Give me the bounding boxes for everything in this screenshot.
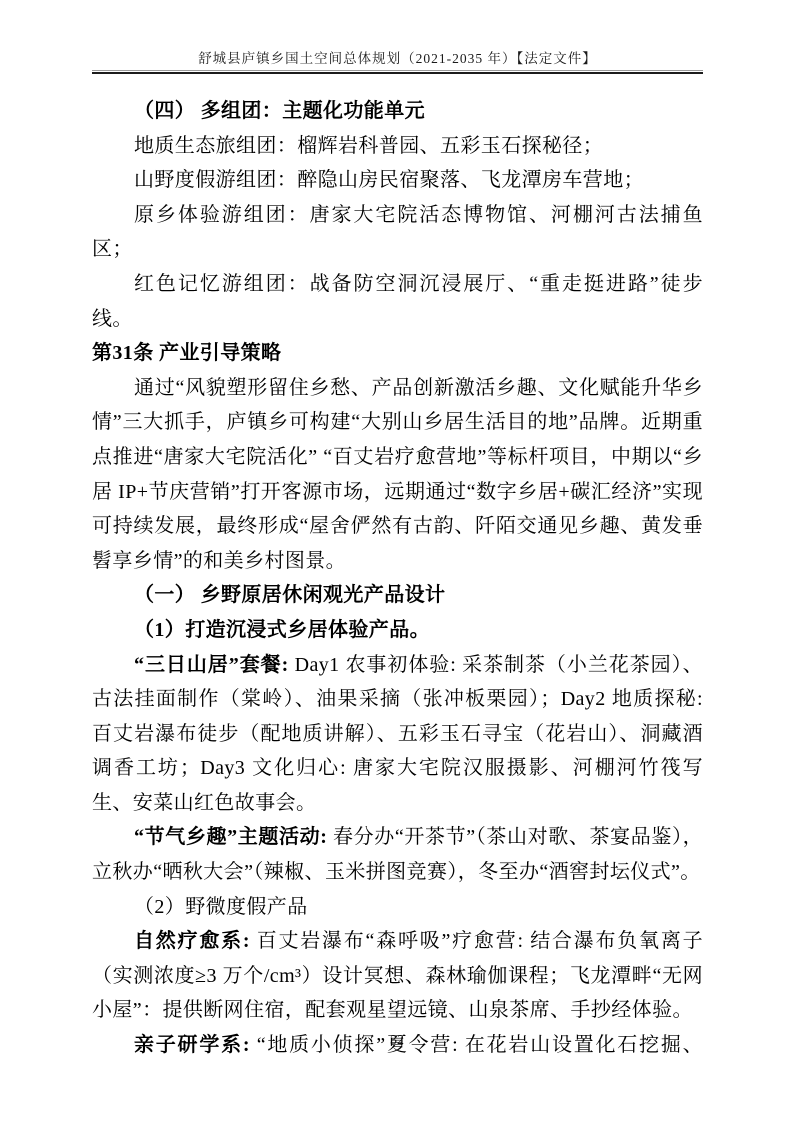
paragraph-three-day-package: “三日山居”套餐: Day1 农事初体验: 采茶制茶（小兰花茶园）、古法挂面制作… (92, 648, 703, 821)
paragraph-hometown-experience-cluster: 原乡体验游组团：唐家大宅院活态博物馆、河棚河古法捕鱼区； (92, 198, 703, 267)
paragraph-lead-three-day: “三日山居”套餐: (134, 654, 295, 676)
paragraph-nature-healing: 自然疗愈系: 百丈岩瀑布“森呼吸”疗愈营: 结合瀑布负氧离子（实测浓度≥3 万个… (92, 924, 703, 1028)
document-page: 舒城县庐镇乡国土空间总体规划（2021-2035 年）【法定文件】 （四） 多组… (0, 0, 794, 1122)
paragraph-geology-cluster: 地质生态旅组团：榴辉岩科普园、五彩玉石探秘径； (92, 129, 703, 164)
paragraph-red-memory-cluster: 红色记忆游组团：战备防空洞沉浸展厅、“重走挺进路”徒步线。 (92, 267, 703, 336)
paragraph-lead-solar-terms: “节气乡趣”主题活动: (134, 826, 333, 848)
page-number: 32 (0, 1033, 794, 1049)
heading-multi-cluster: （四） 多组团：主题化功能单元 (92, 94, 703, 129)
heading-article-31: 第31条 产业引导策略 (92, 336, 703, 371)
paragraph-mountain-resort-cluster: 山野度假游组团：醉隐山房民宿聚落、飞龙潭房车营地； (92, 163, 703, 198)
paragraph-industry-guidance: 通过“风貌塑形留住乡愁、产品创新激活乡趣、文化赋能升华乡情”三大抓手，庐镇乡可构… (92, 371, 703, 579)
paragraph-solar-terms-activities: “节气乡趣”主题活动: 春分办“开茶节”（茶山对歌、茶宴品鉴），立秋办“晒秋大会… (92, 820, 703, 889)
paragraph-text-three-day: Day1 农事初体验: 采茶制茶（小兰花茶园）、古法挂面制作（棠岭）、油果采摘（… (92, 654, 703, 814)
header-rule (92, 70, 703, 74)
document-body: （四） 多组团：主题化功能单元 地质生态旅组团：榴辉岩科普园、五彩玉石探秘径； … (92, 94, 703, 1063)
paragraph-lead-nature-healing: 自然疗愈系: (134, 930, 257, 952)
paragraph-item-2: （2）野微度假产品 (92, 890, 703, 925)
header-title: 舒城县庐镇乡国土空间总体规划（2021-2035 年）【法定文件】 (92, 47, 703, 67)
heading-item-1: （1）打造沉浸式乡居体验产品。 (92, 613, 703, 648)
heading-section-one: （一） 乡野原居休闲观光产品设计 (92, 578, 703, 613)
